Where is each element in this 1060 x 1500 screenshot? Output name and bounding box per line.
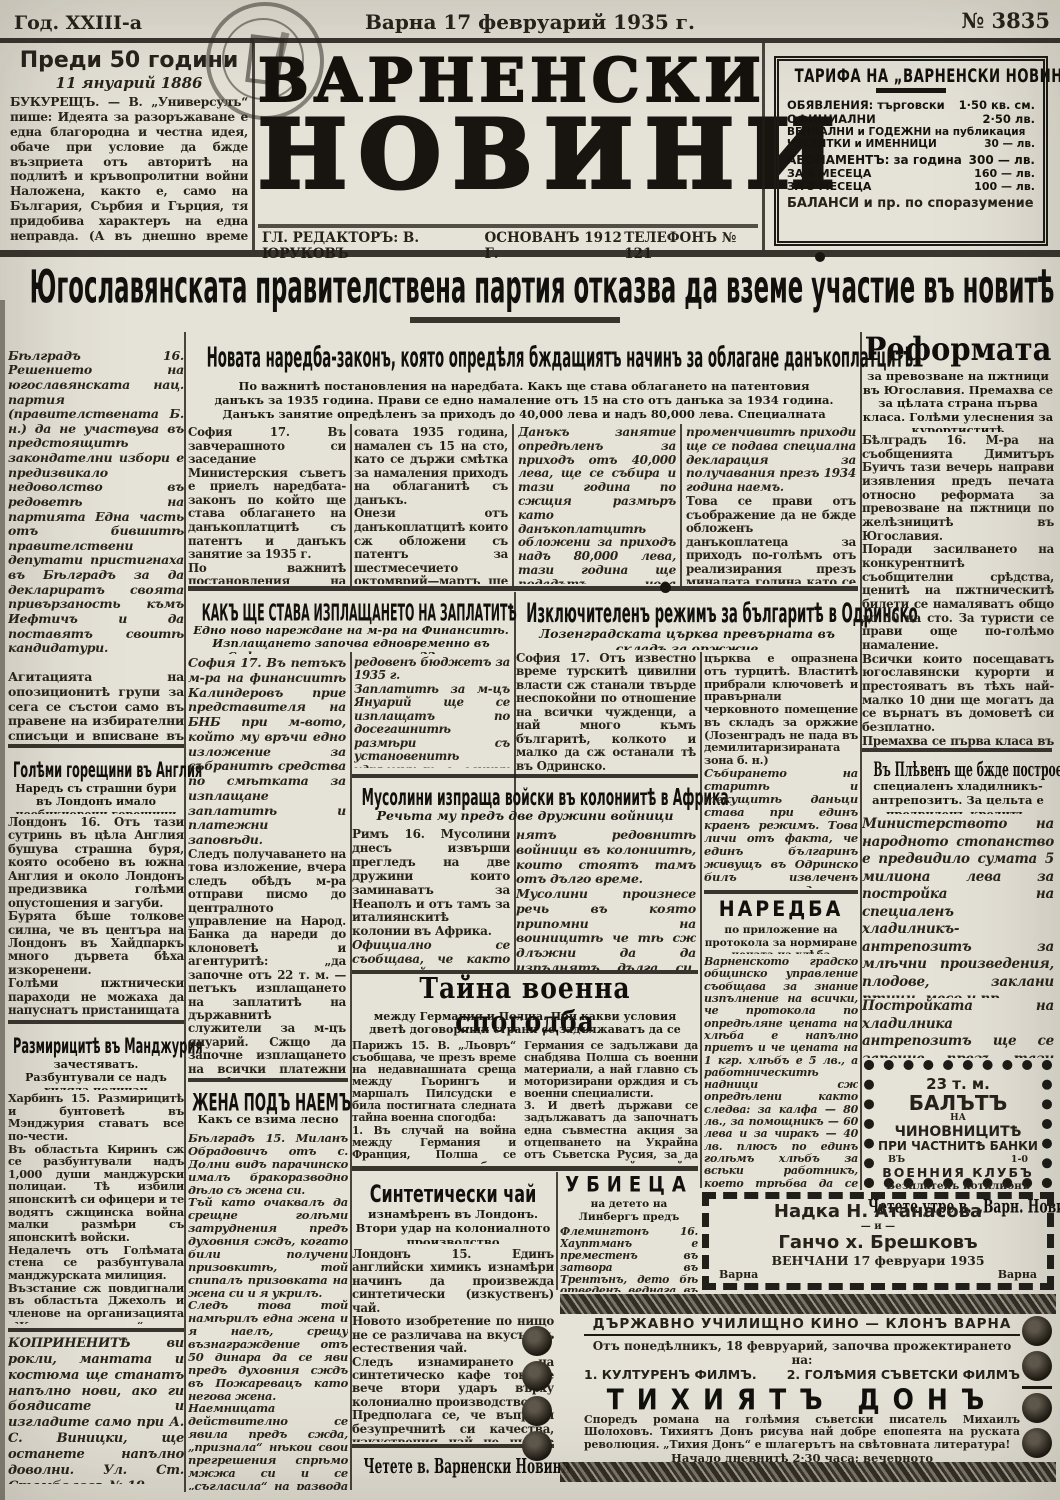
cinema-film1: 1. КУЛТУРЕНЪ ФИЛМЪ. (584, 1367, 757, 1382)
edition-date: Варна 17 февруарий 1935 г. (330, 10, 730, 34)
naredba-title: НАРЕДБА (704, 896, 858, 922)
salaries-subtitle: Едно ново нареждане на м-ра на Финанситѣ… (192, 624, 510, 654)
tariff-row: ВЕНЧАЛНИ и ГОДЕЖНИ на публикация (787, 126, 1035, 138)
tariff-row: ОФИЦИАЛНИ2·50 лв. (787, 112, 1035, 126)
ball-v: ВЪ (888, 1154, 905, 1165)
england-title: Голѣми горещини въ Англия (8, 750, 184, 778)
edition-year: Год. XXIII-а (14, 12, 234, 34)
secret-pact-title: Тайна военна спогодба (352, 976, 698, 1008)
wedding-sep: — и — (709, 1222, 1047, 1232)
tariff-row: АБОНАМЕНТЪ: за година300 — лв. (787, 153, 1035, 167)
tariff-note: БАЛАНСИ и пр. по споразумение (787, 196, 1035, 211)
newspaper-page: Год. XXIII-а Варна 17 февруарий 1935 г. … (0, 0, 1060, 1500)
film-reel-icon (522, 1361, 552, 1391)
ball-club: ВОЕННИЯ КЛУБЪ (874, 1165, 1042, 1180)
murderer-title: УБИЕЦА (560, 1172, 698, 1196)
tariff-row: ЗА 6 МЕСЕЦА160 — лв. (787, 167, 1035, 180)
salaries-col2: редовенъ бюджетъ за 1935 г. Заплатитѣ за… (354, 656, 510, 768)
pleven-title: Въ Плѣвенъ ще бжде построенъ (862, 754, 1054, 778)
tax-law-title: Новата наредба-законъ, която опредѣля бж… (188, 334, 858, 376)
film-reel-icon (522, 1396, 552, 1426)
tariff-title: ТАРИФА НА „ВАРНЕНСКИ НОВИНИ“ (795, 67, 1060, 88)
cinema-border-bottom (560, 1462, 1056, 1482)
rent-wife-subtitle: Какъ се взима лесно разводъ. (188, 1112, 348, 1130)
film-reel-icon (522, 1326, 552, 1356)
film-reel-icon (1022, 1393, 1052, 1423)
murderer-subtitle: на детето на Линбергъ предъ бесилката (560, 1198, 698, 1224)
rent-wife-body: Бѣлградъ 15. Миланъ Обрадовичъ отъ с. До… (188, 1132, 348, 1490)
founded: ОСНОВАНЪ 1912 Г. (484, 230, 624, 250)
film-reel-icon (1022, 1351, 1052, 1381)
england-body: Лондонъ 16. Отъ тази сутринь въ цѣла Анг… (8, 816, 184, 1018)
tax-law-col4: променчивитѣ приходи ще се подава специа… (686, 426, 856, 584)
wedding-city-right: Варна (998, 1268, 1037, 1281)
belgrade-article: Бѣлградъ 16. Решението на югославянската… (8, 334, 184, 742)
wedding-city-left: Варна (719, 1268, 758, 1281)
wedding-line: ВЕНЧАНИ 17 февруари 1935 (709, 1253, 1047, 1268)
cinema-title: ДЪРЖАВНО УЧИЛИЩНО КИНО — КЛОНЪ ВАРНА (584, 1316, 1020, 1336)
paper-title-line2: НОВИНИ (258, 100, 758, 224)
reform-body: Бѣлградъ 16. М-ра на съобщенията Димитър… (862, 434, 1054, 748)
rent-wife-title: ЖЕНА ПОДЪ НАЕМЪ (188, 1086, 348, 1112)
england-subtitle: Наредъ съ страшни бури въ Лондонъ имало … (8, 782, 184, 814)
tax-law-subtitle: По важнитѣ постановления на наредбата. К… (214, 380, 834, 422)
ball-title: БАЛЪТЪ (909, 1091, 1008, 1115)
wedding-announcement: Надка Н. Атанасова — и — Ганчо х. Брешко… (702, 1192, 1054, 1290)
fifty-years-body: БУКУРЕЩЪ. — В. „Универсулъ“ пише: Идеята… (10, 95, 248, 246)
ball-code: 1-0 (1011, 1154, 1028, 1165)
cinema-border-top (560, 1294, 1056, 1314)
manchuria-title: Размирицитѣ въ Манджурия (8, 1026, 184, 1054)
issue-number: № 3835 (860, 8, 1050, 33)
odrin-col1: София 17. Отъ известно време турскитѣ ци… (516, 652, 696, 772)
synthetic-tea-subtitle: изнамѣренъ въ Лондонъ. Втори удар на кол… (352, 1208, 554, 1244)
odrin-col2: църква е опразнена отъ турцитѣ. Властитѣ… (704, 652, 858, 888)
pleven-p2: Постройката на хладилника антрепозитъ ще… (862, 998, 1054, 1058)
murderer-body: Флемингтонъ 16. Хауптманъ е преместенъ в… (560, 1226, 698, 1292)
naredba-body: Варненското градско общинско управление … (704, 956, 858, 1188)
cinema-ad: ДЪРЖАВНО УЧИЛИЩНО КИНО — КЛОНЪ ВАРНА Отъ… (584, 1316, 1020, 1462)
editor: ГЛ. РЕДАКТОРЪ: В. ЮРУКОВЪ (262, 230, 484, 250)
film-reel-icon (1022, 1316, 1052, 1346)
fifty-years-title: Преди 50 години (10, 48, 248, 73)
tax-law-col2: совата 1935 година, намален съ 15 на сто… (354, 426, 508, 584)
pleven-lead: специаленъ хладилникъ-антрепозитъ. За це… (862, 780, 1054, 814)
mussolini-col2: нятъ редовнитѣ войници въ колониитѣ, кои… (516, 828, 696, 970)
secret-pact-subtitle: между Германия и Полша. При какви услови… (358, 1010, 692, 1038)
cinema-big-title: ТИХИЯТЪ ДОНЪ (584, 1382, 1020, 1414)
film-reels-right (1022, 1316, 1056, 1466)
tariff-box: ТАРИФА НА „ВАРНЕНСКИ НОВИНИ“ ОБЯВЛЕНИЯ: … (774, 56, 1048, 246)
manchuria-body: Харбинъ 15. Размирицитѣ и бунтоветѣ въ М… (8, 1092, 184, 1324)
cinema-desc: Споредъ романа на голѣмия съветски писат… (584, 1414, 1020, 1451)
manchuria-subtitle: зачестяватъ. Разбунтували се надъ хиляда… (8, 1058, 184, 1090)
ball-where: ПРИ ЧАСТНИТѢ БАНКИ (874, 1140, 1042, 1154)
synthetic-tea-title: Синтетически чай (352, 1178, 554, 1206)
pleven-p1: Министерството на народното стопанство е… (862, 816, 1054, 998)
ball-ad: 23 т. м. БАЛЪТЪ НА ЧИНОВНИЦИТѢ ПРИ ЧАСТН… (864, 1060, 1052, 1188)
tariff-row: ЗА 3 МЕСЕЦА100 — лв. (787, 180, 1035, 193)
tariff-row: ОБЯВЛЕНИЯ: търговски1·50 кв. см. (787, 98, 1035, 112)
fifty-years-box: Преди 50 години 11 януарий 1886 БУКУРЕЩЪ… (10, 48, 248, 246)
odrin-title: Изключителенъ режимъ за българитѣ в Одри… (516, 592, 858, 624)
film-reels-left (522, 1326, 556, 1466)
tariff-row: ЧЕСТИТКИ и ИМЕННИЦИ30 — лв. (787, 138, 1035, 150)
ball-free: Безплатенъ котилионъ (874, 1180, 1042, 1193)
groom-name: Ганчо х. Брешковъ (709, 1232, 1047, 1253)
reform-title: Реформата (862, 332, 1054, 368)
bride-name: Надка Н. Атанасова (709, 1201, 1047, 1222)
secret-pact-col2: Германия се задължави да снабдява Полша … (524, 1040, 698, 1164)
mussolini-title: Мусолини изпраща войски въ колониитѣ в А… (352, 780, 698, 806)
mussolini-col1: Римъ 16. Мусолини днесъ извърши прегледъ… (352, 828, 510, 970)
mussolini-subtitle: Речьта му предъ две дружини войници (352, 808, 698, 826)
salaries-col1: София 17. Въ петъкъ м-ра на финансиитѣ К… (188, 656, 346, 1078)
film-reel-icon (522, 1431, 552, 1461)
tax-law-col3: Данъкъ занятие опредѣленъ за приходъ отъ… (518, 426, 676, 584)
scan-edge (0, 300, 5, 1500)
film-reel-icon (1022, 1428, 1052, 1458)
cinema-line1: Отъ понедѣлникъ, 18 февруарий, започва п… (584, 1339, 1020, 1367)
ball-na: НА (874, 1114, 1042, 1124)
topbar-rule (0, 38, 1060, 43)
fifty-years-date: 11 януарий 1886 (10, 74, 248, 92)
phone: ТЕЛЕФОНЪ № 121 (624, 230, 754, 250)
cinema-film2: 2. ГОЛѢМИЯ СЪВЕТСКИ ФИЛМЪ (787, 1367, 1020, 1382)
cinema-schedule: Начало дневнитѣ 2·30 часа; вечерното (584, 1451, 1020, 1462)
secret-pact-col1: Парижъ 15. В. „Льовръ“ съобщава, че през… (352, 1040, 516, 1164)
odrin-subtitle: Лозенградската църква превърната въ скла… (520, 626, 854, 650)
tax-law-col1: София 17. Въ завчерашното си заседание М… (188, 426, 346, 584)
ball-who: ЧИНОВНИЦИТѢ (874, 1124, 1042, 1140)
naredba-subtitle: по приложение на протокола за нормиране … (704, 924, 858, 954)
banner-headline: Югославянската правителствена партия отк… (0, 262, 1060, 314)
salaries-title: КАКЪ ЩЕ СТАВА ИЗПЛАЩАНЕТО НА ЗАПЛАТИТѢ (188, 592, 512, 622)
silk-ad: КОПРИНЕНИТѢ ви рокли, мантата и костюма … (8, 1336, 184, 1484)
masthead-info-row: ГЛ. РЕДАКТОРЪ: В. ЮРУКОВЪ ОСНОВАНЪ 1912 … (262, 230, 754, 250)
reform-subtitle: за превозване на пжтници въ Югославия. П… (862, 370, 1054, 432)
